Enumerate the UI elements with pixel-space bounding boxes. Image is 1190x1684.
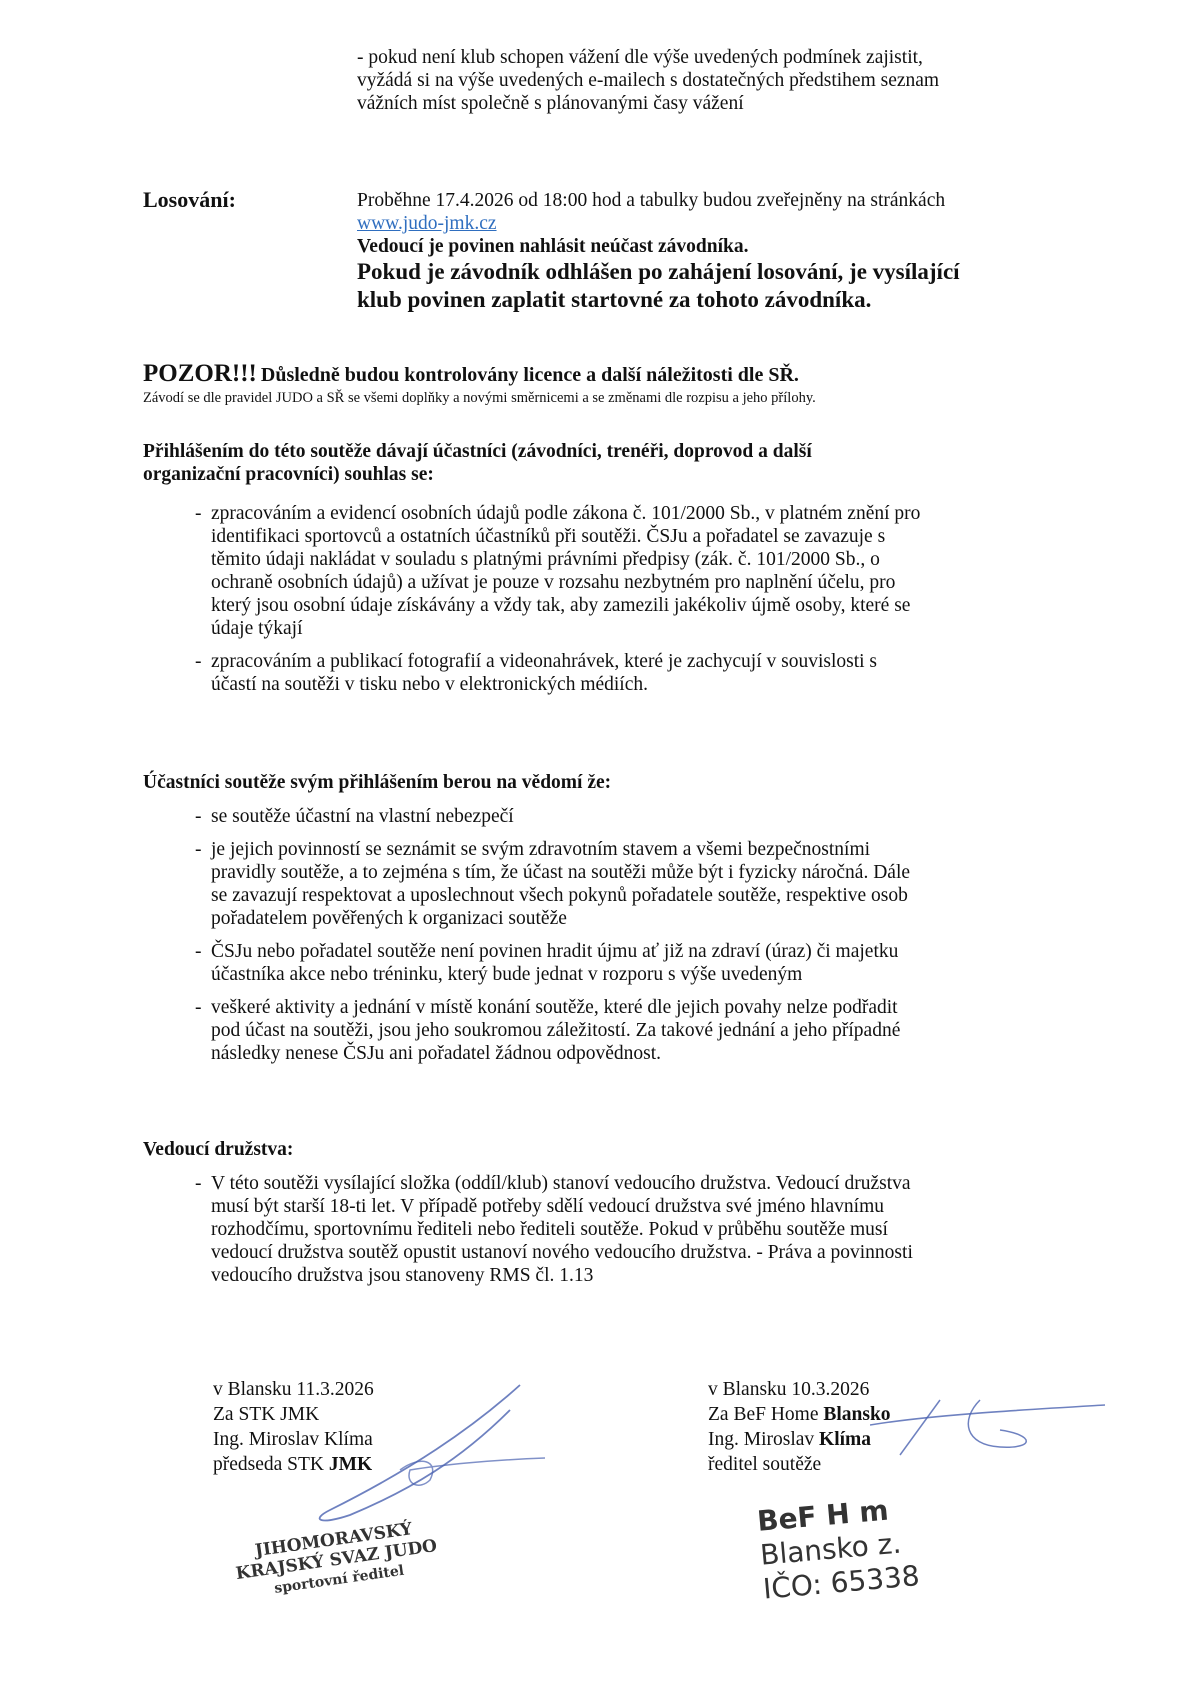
list-item-line: pravidly soutěže, a to zejména s tím, že… (211, 861, 910, 884)
list-item-line: těmito údaji nakládat v souladu s platný… (211, 548, 920, 571)
dash-bullet-icon: - (195, 940, 202, 963)
list-item-line: V této soutěži vysílající složka (oddíl/… (211, 1172, 913, 1195)
team-leader-list: -V této soutěži vysílající složka (oddíl… (195, 1172, 913, 1297)
list-item-line: následky nenese ČSJu ani pořadatel žádno… (211, 1042, 910, 1065)
list-item: -zpracováním a evidencí osobních údajů p… (195, 502, 920, 640)
signature-block-right: v Blansku 10.3.2026 Za BeF Home Blansko … (708, 1377, 891, 1477)
dash-bullet-icon: - (195, 502, 202, 525)
draw-warning-line: Pokud je závodník odhlášen po zahájení l… (357, 258, 960, 286)
dash-bullet-icon: - (195, 996, 202, 1019)
list-item: -veškeré aktivity a jednání v místě koná… (195, 996, 910, 1065)
acknowledge-list: -se soutěže účastní na vlastní nebezpečí… (195, 805, 910, 1075)
list-item-line: identifikaci sportovců a ostatních účast… (211, 525, 920, 548)
signatory-name: Ing. Miroslav Klíma (708, 1427, 891, 1452)
list-item: -je jejich povinností se seznámit se svý… (195, 838, 910, 930)
list-item-line: musí být starší 18-ti let. V případě pot… (211, 1195, 913, 1218)
list-item-line: údaje týkají (211, 617, 920, 640)
consent-heading-line: Přihlášením do této soutěže dávají účast… (143, 440, 812, 463)
weighing-note-line: - pokud není klub schopen vážení dle výš… (357, 46, 939, 69)
weighing-note: - pokud není klub schopen vážení dle výš… (357, 46, 939, 115)
acknowledge-heading: Účastníci soutěže svým přihlášením berou… (143, 771, 611, 794)
list-item-line: účastníka akce nebo tréninku, který bude… (211, 963, 910, 986)
list-item-line: vedoucího družstva jsou stanoveny RMS čl… (211, 1264, 913, 1287)
signatory-role: ředitel soutěže (708, 1452, 891, 1477)
list-item-line: ČSJu nebo pořadatel soutěže není povinen… (211, 940, 910, 963)
list-item: -se soutěže účastní na vlastní nebezpečí (195, 805, 910, 828)
stamp-right: BeF H m Blansko z. IČO: 65338 (756, 1491, 921, 1606)
list-item-line: se soutěže účastní na vlastní nebezpečí (211, 805, 910, 828)
draw-warning-line: klub povinen zaplatit startovné za tohot… (357, 286, 960, 314)
place-date: v Blansku 10.3.2026 (708, 1377, 891, 1402)
list-item-line: veškeré aktivity a jednání v místě konán… (211, 996, 910, 1019)
list-item: -zpracováním a publikací fotografií a vi… (195, 650, 920, 696)
pozor-title: POZOR!!! (143, 360, 257, 387)
dash-bullet-icon: - (195, 838, 202, 861)
consent-list: -zpracováním a evidencí osobních údajů p… (195, 502, 920, 706)
judo-jmk-link[interactable]: www.judo-jmk.cz (357, 213, 497, 234)
rules-note: Závodí se dle pravidel JUDO a SŘ se všem… (143, 390, 816, 407)
weighing-note-line: vyžádá si na výše uvedených e-mailech s … (357, 69, 939, 92)
list-item-line: rozhodčímu, sportovnímu řediteli nebo ře… (211, 1218, 913, 1241)
list-item: -V této soutěži vysílající složka (oddíl… (195, 1172, 913, 1287)
team-leader-heading: Vedoucí družstva: (143, 1138, 293, 1161)
list-item-line: vedoucí družstva soutěž opustit ustanoví… (211, 1241, 913, 1264)
draw-section: Proběhne 17.4.2026 od 18:00 hod a tabulk… (357, 189, 960, 314)
list-item-line: zpracováním a publikací fotografií a vid… (211, 650, 920, 673)
dash-bullet-icon: - (195, 805, 202, 828)
weighing-note-line: vážních míst společně s plánovanými časy… (357, 92, 939, 115)
list-item-line: ochraně osobních údajů) a užívat je pouz… (211, 571, 920, 594)
list-item-line: účastí na soutěži v tisku nebo v elektro… (211, 673, 920, 696)
draw-schedule: Proběhne 17.4.2026 od 18:00 hod a tabulk… (357, 189, 960, 212)
signature-right-icon (870, 1395, 1110, 1475)
dash-bullet-icon: - (195, 650, 202, 673)
list-item-line: zpracováním a evidencí osobních údajů po… (211, 502, 920, 525)
list-item-line: pod účast na soutěži, jsou jeho soukromo… (211, 1019, 910, 1042)
consent-heading: Přihlášením do této soutěže dávají účast… (143, 440, 812, 486)
draw-notice: Vedoucí je povinen nahlásit neúčast závo… (357, 235, 960, 258)
pozor-text: Důsledně budou kontrolovány licence a da… (261, 364, 799, 386)
organization: Za BeF Home Blansko (708, 1402, 891, 1427)
stamp-left: JIHOMORAVSKÝ KRAJSKÝ SVAZ JUDO sportovní… (232, 1516, 441, 1604)
list-item: -ČSJu nebo pořadatel soutěže není povine… (195, 940, 910, 986)
draw-label: Losování: (143, 187, 236, 213)
signature-left-icon (290, 1370, 550, 1530)
list-item-line: je jejich povinností se seznámit se svým… (211, 838, 910, 861)
pozor-notice: POZOR!!! Důsledně budou kontrolovány lic… (143, 360, 799, 388)
list-item-line: se zavazují respektovat a uposlechnout v… (211, 884, 910, 907)
consent-heading-line: organizační pracovníci) souhlas se: (143, 463, 812, 486)
dash-bullet-icon: - (195, 1172, 202, 1195)
list-item-line: pořadatelem pověřených k organizaci sout… (211, 907, 910, 930)
list-item-line: který jsou osobní údaje získávány a vždy… (211, 594, 920, 617)
